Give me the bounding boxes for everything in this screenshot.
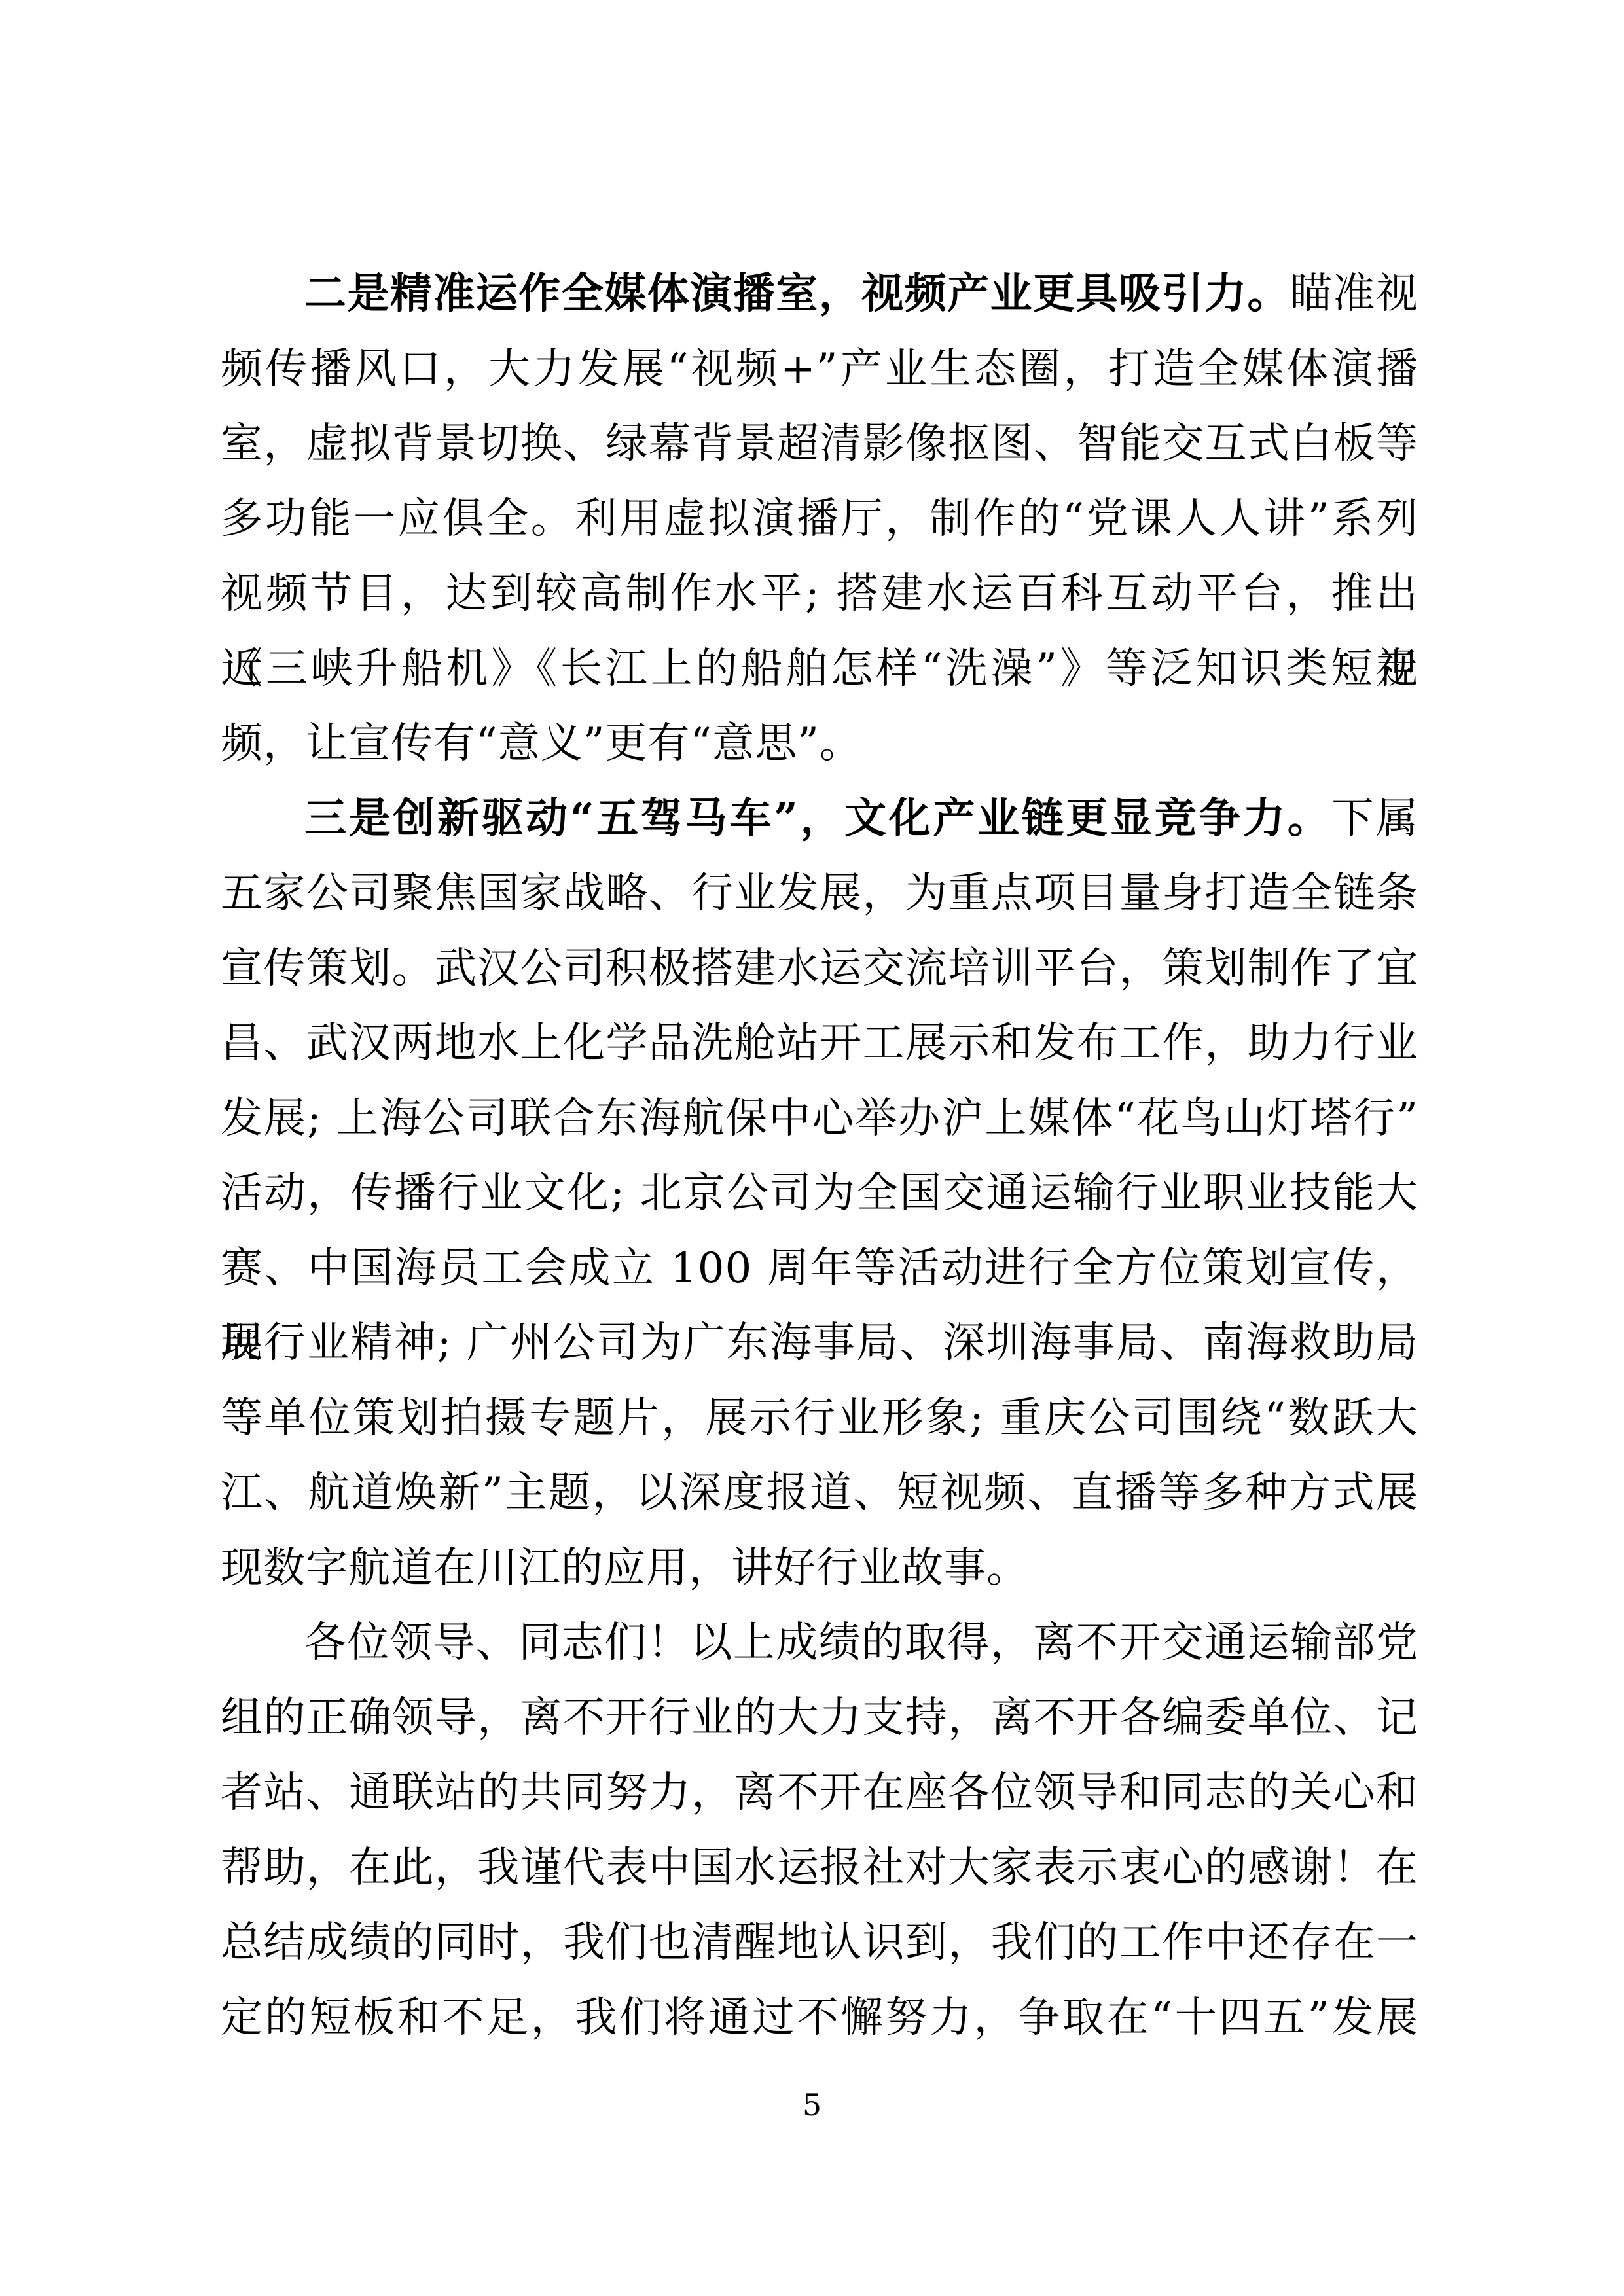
page-number: 5 — [0, 2085, 1624, 2125]
body-text-run: 江、航道焕新”主题，以深度报道、短视频、直播等多种方式展 — [221, 1469, 1418, 1517]
text-line: 者站、通联站的共同努力，离不开在座各位领导和同志的关心和 — [221, 1755, 1418, 1831]
text-line: 各位领导、同志们！以上成绩的取得，离不开交通运输部党 — [221, 1605, 1418, 1681]
body-text-run: 频，让宣传有“意义”更有“意思”。 — [221, 719, 862, 768]
body-text-run: 昌、武汉两地水上化学品洗舱站开工展示和发布工作，助力行业 — [221, 1019, 1418, 1067]
body-text-run: 等单位策划拍摄专题片，展示行业形象; 重庆公司围绕“数跃大 — [221, 1394, 1418, 1443]
body-text-run: 多功能一应俱全。利用虚拟演播厅，制作的“党课人人讲”系列 — [221, 495, 1418, 543]
text-line: 二是精准运作全媒体演播室，视频产业更具吸引力。瞄准视 — [221, 257, 1418, 332]
paragraph-lead-bold-text: 二是精准运作全媒体演播室，视频产业更具吸引力。 — [304, 269, 1290, 318]
body-text-run: 活动，传播行业文化; 北京公司为全国交通运输行业职业技能大 — [221, 1169, 1418, 1217]
body-text-run: 组的正确领导，离不开行业的大力支持，离不开各编委单位、记 — [221, 1694, 1418, 1742]
text-line: 近三峡升船机》《长江上的船舶怎样“洗澡”》等泛知识类短视 — [221, 632, 1418, 707]
body-text-run: 总结成绩的同时，我们也清醒地认识到，我们的工作中还存在一 — [221, 1918, 1418, 1967]
text-line: 室，虚拟背景切换、绿幕背景超清影像抠图、智能交互式白板等 — [221, 406, 1418, 482]
text-line: 宣传策划。武汉公司积极搭建水运交流培训平台，策划制作了宜 — [221, 931, 1418, 1007]
body-text-run: 宣传策划。武汉公司积极搭建水运交流培训平台，策划制作了宜 — [221, 944, 1418, 993]
text-line: 活动，传播行业文化; 北京公司为全国交通运输行业职业技能大 — [221, 1156, 1418, 1231]
text-line: 赛、中国海员工会成立 100 周年等活动进行全方位策划宣传，展 — [221, 1231, 1418, 1306]
document-page: 二是精准运作全媒体演播室，视频产业更具吸引力。瞄准视频传播风口，大力发展“视频+… — [0, 0, 1624, 2296]
text-line: 江、航道焕新”主题，以深度报道、短视频、直播等多种方式展 — [221, 1456, 1418, 1531]
text-line: 现行业精神; 广州公司为广东海事局、深圳海事局、南海救助局 — [221, 1306, 1418, 1381]
body-text-run: 各位领导、同志们！以上成绩的取得，离不开交通运输部党 — [304, 1619, 1418, 1667]
body-text-run: 近三峡升船机》《长江上的船舶怎样“洗澡”》等泛知识类短视 — [221, 645, 1418, 693]
text-line: 等单位策划拍摄专题片，展示行业形象; 重庆公司围绕“数跃大 — [221, 1381, 1418, 1456]
body-text-run: 帮助，在此，我谨代表中国水运报社对大家表示衷心的感谢！在 — [221, 1844, 1418, 1892]
text-line: 现数字航道在川江的应用，讲好行业故事。 — [221, 1531, 1418, 1606]
paragraph-lead-bold-text: 三是创新驱动“五驾马车”，文化产业链更显竞争力。 — [304, 794, 1331, 843]
body-text-run: 现行业精神; 广州公司为广东海事局、深圳海事局、南海救助局 — [221, 1319, 1418, 1367]
text-line: 组的正确领导，离不开行业的大力支持，离不开各编委单位、记 — [221, 1681, 1418, 1756]
body-text-run: 瞄准视 — [1290, 270, 1418, 318]
text-line: 频，让宣传有“意义”更有“意思”。 — [221, 706, 1418, 781]
body-text-run: 频传播风口，大力发展“视频+”产业生态圈，打造全媒体演播 — [221, 345, 1418, 393]
text-line: 发展; 上海公司联合东海航保中心举办沪上媒体“花鸟山灯塔行” — [221, 1081, 1418, 1157]
body-text-run: 五家公司聚焦国家战略、行业发展，为重点项目量身打造全链条 — [221, 869, 1418, 918]
body-text-run: 现数字航道在川江的应用，讲好行业故事。 — [221, 1544, 1029, 1592]
text-line: 总结成绩的同时，我们也清醒地认识到，我们的工作中还存在一 — [221, 1905, 1418, 1981]
body-text-run: 定的短板和不足，我们将通过不懈努力，争取在“十四五”发展 — [221, 1994, 1418, 2042]
text-line: 定的短板和不足，我们将通过不懈努力，争取在“十四五”发展 — [221, 1981, 1418, 2056]
text-line: 视频节目，达到较高制作水平; 搭建水运百科互动平台，推出《走 — [221, 556, 1418, 632]
text-line: 昌、武汉两地水上化学品洗舱站开工展示和发布工作，助力行业 — [221, 1006, 1418, 1081]
text-line: 三是创新驱动“五驾马车”，文化产业链更显竞争力。下属 — [221, 781, 1418, 857]
text-line: 帮助，在此，我谨代表中国水运报社对大家表示衷心的感谢！在 — [221, 1831, 1418, 1906]
text-line: 五家公司聚焦国家战略、行业发展，为重点项目量身打造全链条 — [221, 856, 1418, 931]
text-line: 多功能一应俱全。利用虚拟演播厅，制作的“党课人人讲”系列 — [221, 482, 1418, 557]
body-text-run: 者站、通联站的共同努力，离不开在座各位领导和同志的关心和 — [221, 1768, 1418, 1817]
body-text-run: 室，虚拟背景切换、绿幕背景超清影像抠图、智能交互式白板等 — [221, 420, 1418, 468]
document-body-text: 二是精准运作全媒体演播室，视频产业更具吸引力。瞄准视频传播风口，大力发展“视频+… — [221, 257, 1418, 2055]
body-text-run: 下属 — [1331, 795, 1418, 843]
text-line: 频传播风口，大力发展“视频+”产业生态圈，打造全媒体演播 — [221, 332, 1418, 407]
body-text-run: 发展; 上海公司联合东海航保中心举办沪上媒体“花鸟山灯塔行” — [221, 1094, 1418, 1143]
